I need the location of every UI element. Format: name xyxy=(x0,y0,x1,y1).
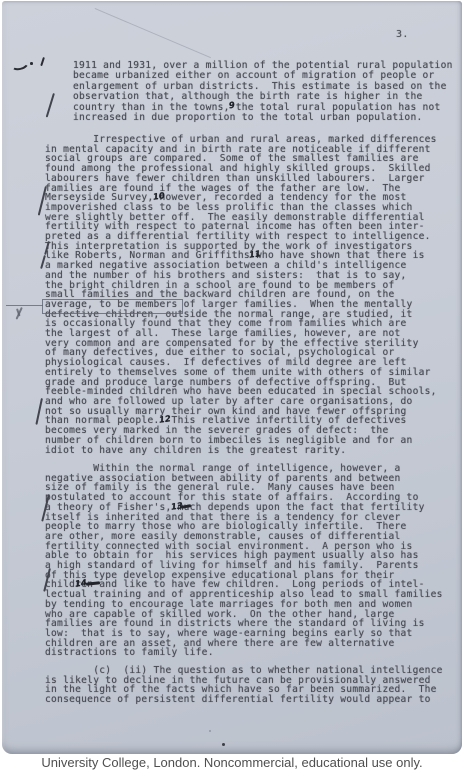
paragraph-rural-population: 1911 and 1931, over a million of the pot… xyxy=(73,61,453,123)
page-number: 3. xyxy=(396,29,409,40)
paper-crease xyxy=(95,8,211,58)
margin-slash-1 xyxy=(46,93,55,117)
handwritten-scribble-dot xyxy=(30,62,33,65)
pencil-box-average xyxy=(42,299,183,314)
footnote-mark-11: 11 xyxy=(248,249,261,261)
document-page: 3. 1911 and 1931, over a million of the … xyxy=(2,1,462,754)
paper-speck-1 xyxy=(222,743,225,746)
attribution-caption: University College, London. Noncommercia… xyxy=(0,754,464,771)
pencil-pointer-line xyxy=(6,305,43,306)
handwritten-scribble-stroke xyxy=(40,57,44,66)
footnote-mark-12: 12 xyxy=(158,414,171,426)
handwritten-scribble xyxy=(9,55,31,72)
paragraph-question-c-ii: (c) (ii) The question as to whether nati… xyxy=(45,666,443,705)
margin-slash-5 xyxy=(35,398,42,425)
paragraph-differential-fertility: Irrespective of urban and rural areas, m… xyxy=(45,135,437,455)
paragraph-normal-range: Within the normal range of intelligence,… xyxy=(45,464,443,658)
footnote-mark-9: 9 xyxy=(228,101,235,112)
footnote-mark-10: 10 xyxy=(152,191,165,203)
paper-speck-2 xyxy=(209,730,211,732)
